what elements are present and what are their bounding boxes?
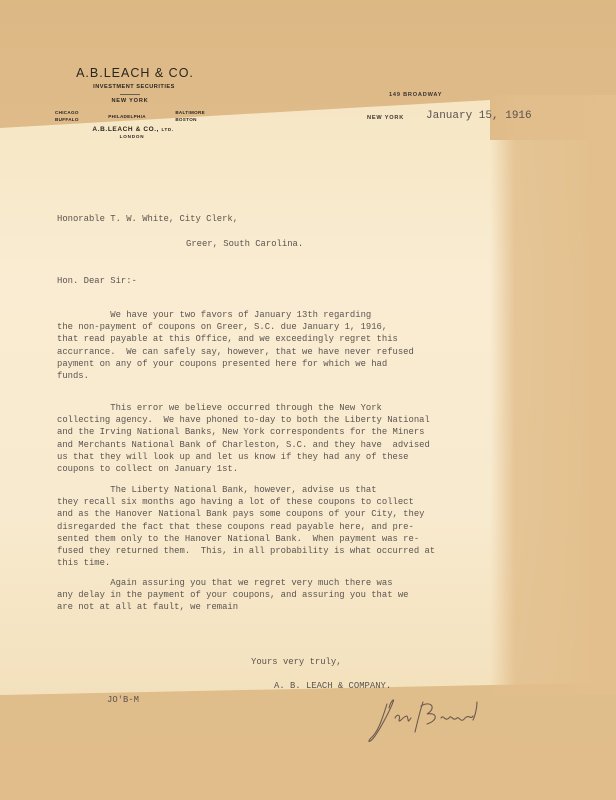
branch-city: BALTIMORE [175,109,205,116]
letterhead-rule [120,94,140,95]
address-city: NEW YORK [367,115,404,121]
branch-city: BOSTON [175,116,205,123]
address-street: 149 BROADWAY [389,92,442,98]
branches-col-1: CHICAGO BUFFALO [55,109,79,123]
recipient-name: Honorable T. W. White, City Clerk, [57,213,238,225]
body-paragraph-3: The Liberty National Bank, however, advi… [57,484,435,569]
branch-city: PHILADELPHIA [108,113,146,120]
london-firm-name: A.B.LEACH & CO., [92,126,159,133]
letterhead-branches: CHICAGO BUFFALO PHILADELPHIA BALTIMORE B… [55,109,205,123]
typist-initials: JO'B-M [107,694,139,706]
body-paragraph-2: This error we believe occurred through t… [57,402,430,475]
branches-col-2: PHILADELPHIA [108,113,146,120]
letterhead: A.B.LEACH & CO. INVESTMENT SECURITIES NE… [55,66,205,139]
salutation: Hon. Dear Sir:- [57,275,137,287]
branch-city: BUFFALO [55,116,79,123]
closing: Yours very truly, [251,656,342,668]
body-paragraph-4: Again assuring you that we regret very m… [57,577,409,614]
letterhead-subtitle: INVESTMENT SECURITIES [63,84,205,90]
handwritten-signature-icon [365,696,485,746]
branches-col-3: BALTIMORE BOSTON [175,109,205,123]
letterhead-london-firm: A.B.LEACH & CO., LTD. [61,126,205,133]
letterhead-head-office: NEW YORK [55,98,205,104]
signature-firm: A. B. LEACH & COMPANY. [274,680,391,692]
paper-shadow-right [490,95,616,695]
london-firm-suffix: LTD. [161,127,173,132]
letterhead-london-city: LONDON [59,134,205,139]
body-paragraph-1: We have your two favors of January 13th … [57,309,414,382]
letterhead-firm-name: A.B.LEACH & CO. [65,66,205,80]
letter-date: January 15, 1916 [426,110,532,122]
branch-city: CHICAGO [55,109,79,116]
recipient-location: Greer, South Carolina. [186,238,303,250]
